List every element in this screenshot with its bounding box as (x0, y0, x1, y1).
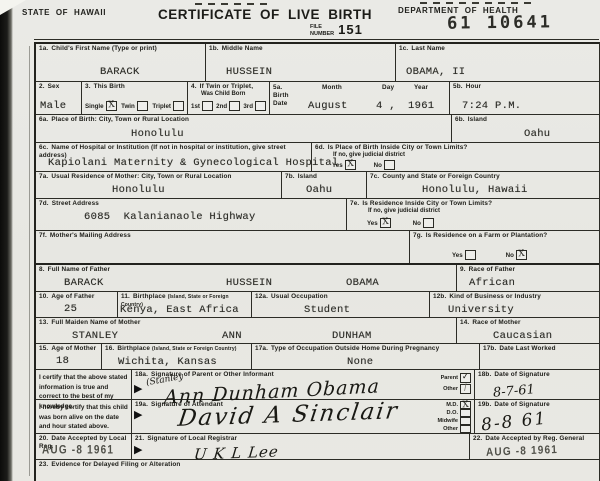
field-value: 25 (64, 303, 77, 315)
field-value: Caucasian (493, 330, 552, 342)
field-label: Date (273, 100, 287, 107)
year-value: 1961 (408, 100, 434, 112)
field-attendant-signature: 19a.Signature of Attendant ▶ David A Sin… (132, 400, 475, 433)
field-local-accept-date: 20.Date Accepted by Local Reg. AUG -8 19… (36, 434, 132, 459)
field-mother-name: 13.Full Maiden Name of Mother STANLEY AN… (36, 318, 457, 343)
field-attendant-signature-date: 19b.Date of Signature 8-8 61 (475, 400, 599, 433)
option-no: No (374, 160, 395, 170)
field-father-name: 8.Full Name of Father BARACK HUSSEIN OBA… (36, 265, 457, 291)
field-mother-residence: 7a.Usual Residence of Mother: City, Town… (36, 172, 282, 198)
option-midwife: Midwife (437, 417, 471, 425)
field-number: 7a. (39, 173, 48, 180)
checkbox-triplet (173, 101, 184, 111)
year-label: Year (414, 84, 428, 92)
field-label: Kind of Business or Industry (449, 293, 541, 300)
field-label: Hour (466, 83, 482, 90)
checkbox-label: Yes (332, 162, 343, 169)
field-label: Is Residence Inside City or Town Limits? (362, 200, 492, 207)
checkbox-mark (138, 100, 147, 101)
field-value: OBAMA, II (406, 66, 465, 78)
option-1st: 1st (191, 101, 213, 111)
field-label: Age of Father (51, 293, 94, 300)
field-value: African (469, 277, 515, 289)
field-value: HUSSEIN (226, 66, 272, 78)
checkbox-label: Twin (121, 103, 135, 110)
field-this-birth: 3.This Birth SingleX Twin Triplet (82, 82, 188, 114)
field-label: If Twin or Triplet, (200, 83, 254, 90)
certification-statement: I hereby certify that this child was bor… (39, 401, 129, 432)
checkbox-label: D.O. (447, 410, 459, 416)
field-label: Street Address (52, 200, 99, 207)
option-single: SingleX (85, 101, 117, 111)
month-value: August (308, 100, 348, 112)
field-number: 18a. (135, 371, 148, 378)
checkbox-yes: X (380, 218, 391, 228)
checkbox-label: Other (443, 426, 458, 432)
field-mailing-address: 7f.Mother's Mailing Address (36, 231, 410, 263)
checkbox-label: M.D. (446, 402, 458, 408)
field-number: 14. (460, 319, 469, 326)
checkbox-other: / (460, 384, 471, 394)
checkbox-mark: X (106, 100, 116, 111)
signature-arrow-icon: ▶ (134, 384, 142, 395)
field-number: 7d. (39, 200, 49, 207)
field-value: Kenya, East Africa (120, 304, 239, 316)
checkbox-label: Yes (367, 220, 378, 227)
checkbox-label: No (413, 220, 421, 227)
field-number: 7b. (285, 173, 295, 180)
field-value: Oahu (524, 128, 550, 140)
checkbox-label: No (374, 162, 382, 169)
row-birth-details: 2.Sex Male 3.This Birth SingleX Twin Tri… (36, 82, 599, 115)
option-other: Other/ (443, 384, 471, 394)
checkbox-mark (466, 249, 475, 250)
row-hospital: 6c.Name of Hospital or Institution (If n… (36, 143, 599, 172)
mother-first-name: STANLEY (72, 330, 118, 342)
checkbox-label: Yes (452, 252, 463, 259)
field-general-accept-date: 22.Date Accepted by Reg. General AUG -8 … (470, 434, 599, 459)
option-triplet: Triplet (152, 101, 184, 111)
checkbox-label: No (506, 252, 514, 259)
checkbox-no (423, 218, 434, 228)
field-label: Date of Signature (494, 401, 549, 408)
row-place-of-birth: 6a.Place of Birth: City, Town or Rural L… (36, 115, 599, 143)
field-label-line2: Was Child Born (191, 91, 267, 99)
field-number: 1b. (209, 45, 219, 52)
field-value: Honolulu (112, 184, 165, 196)
checkbox-other (460, 425, 471, 433)
checkbox-mark: X (345, 159, 355, 170)
row-mother-details: 15.Age of Mother 18 16.Birthplace (Islan… (36, 344, 599, 370)
field-father-race: 9.Race of Father African (457, 265, 599, 291)
mother-middle-name: ANN (222, 330, 242, 342)
checkbox-mark: X (516, 249, 526, 260)
field-number: 9. (460, 266, 466, 273)
checkbox-yes: X (345, 160, 356, 170)
option-no: No (413, 218, 434, 228)
checkbox-do (460, 409, 471, 417)
date-stamp: AUG -8 1961 (486, 444, 558, 460)
field-label: County and State or Foreign Country (382, 173, 499, 180)
checkbox-3rd (255, 101, 266, 111)
field-label: Island (298, 173, 317, 180)
field-value: Student (304, 304, 350, 316)
file-number-value: 151 (338, 22, 363, 37)
date-handwritten: 8-8 61 (480, 409, 548, 436)
checkbox-label: Triplet (152, 103, 171, 110)
field-value: Male (40, 100, 66, 112)
field-number: 17a. (255, 345, 268, 352)
field-label: Type of Occupation Outside Home During P… (271, 345, 439, 352)
field-father-occupation: 12a.Usual Occupation Student (252, 292, 430, 317)
row-street-address: 7d.Street Address 6085 Kalanianaole High… (36, 199, 599, 231)
checkbox-label: Single (85, 103, 104, 110)
field-number: 10. (39, 293, 48, 300)
option-2nd: 2nd (216, 101, 240, 111)
field-number: 5a. (273, 84, 282, 91)
field-label: Age of Mother (51, 345, 96, 352)
row-attendant-signature: I hereby certify that this child was bor… (36, 400, 599, 434)
checkbox-mark: ✓ (461, 372, 471, 383)
row-mother-name: 13.Full Maiden Name of Mother STANLEY AN… (36, 318, 599, 344)
field-number: 21. (135, 435, 144, 442)
field-number: 4. (191, 83, 197, 90)
checkbox-mark (203, 100, 212, 101)
option-no: NoX (506, 250, 527, 260)
field-number: 7f. (39, 232, 47, 239)
field-label: Full Maiden Name of Mother (51, 319, 140, 326)
field-value: None (347, 356, 373, 368)
field-value: University (448, 304, 514, 316)
checkbox-label: Parent (441, 375, 458, 381)
checkbox-label: 3rd (243, 103, 253, 110)
option-parent: Parent✓ (441, 373, 471, 383)
checkbox-mark (256, 100, 265, 101)
checkbox-mark: / (461, 383, 471, 394)
checkbox-label: 1st (191, 103, 200, 110)
field-number: 16. (105, 345, 114, 352)
page-crease (29, 46, 30, 476)
checkbox-no: X (516, 250, 527, 260)
certificate-number-stamp: 61 10641 (447, 12, 553, 33)
field-label: Evidence for Delayed Filing or Alteratio… (51, 461, 180, 468)
field-number: 13. (39, 319, 48, 326)
informant-certification: I certify that the above stated informat… (36, 370, 132, 399)
field-informant-signature-date: 18b.Date of Signature 8-7-61 (475, 370, 599, 399)
field-value: 6085 Kalanianaole Highway (84, 211, 256, 223)
field-label: Usual Residence of Mother: City, Town or… (51, 173, 231, 180)
field-local-registrar-signature: 21.Signature of Local Registrar ▶ U K L … (132, 434, 470, 459)
row-delayed-filing: 23.Evidence for Delayed Filing or Altera… (36, 460, 599, 481)
field-number: 6d. (315, 144, 325, 151)
field-value: BARACK (100, 66, 140, 78)
field-number: 5b. (453, 83, 463, 90)
field-value: 7:24 P.M. (462, 100, 521, 112)
option-twin: Twin (121, 101, 148, 111)
field-sex: 2.Sex Male (36, 82, 82, 114)
field-last-name: 1c.Last Name OBAMA, II (396, 44, 599, 81)
page-edge (0, 0, 13, 481)
field-residence-inside-limits: 7e.Is Residence Inside City or Town Limi… (347, 199, 599, 230)
row-father-name: 8.Full Name of Father BARACK HUSSEIN OBA… (36, 265, 599, 292)
field-label: Usual Occupation (271, 293, 328, 300)
scan-artifact (420, 2, 535, 4)
birth-certificate-form: 1a.Child's First Name (Type or print) BA… (34, 42, 600, 481)
signature-arrow-icon: ▶ (134, 410, 142, 421)
checkbox-yes (465, 250, 476, 260)
field-label: Is Residence on a Farm or Plantation? (426, 232, 548, 239)
attendant-certification: I hereby certify that this child was bor… (36, 400, 132, 433)
field-label: Birthplace (117, 345, 150, 352)
field-label: Birthplace (133, 293, 166, 300)
checkbox-midwife (460, 417, 471, 425)
field-number: 22. (473, 435, 482, 442)
field-value: Honolulu (131, 128, 184, 140)
field-number: 7c. (370, 173, 379, 180)
checkbox-label: 2nd (216, 103, 227, 110)
row-informant-signature: I certify that the above stated informat… (36, 370, 599, 400)
field-number: 12a. (255, 293, 268, 300)
checkbox-mark (230, 100, 239, 101)
field-number: 3. (85, 83, 91, 90)
state-heading: STATE OF HAWAII (22, 8, 106, 17)
field-sublabel: If no, give judicial district (350, 208, 597, 216)
father-middle-name: HUSSEIN (226, 277, 272, 289)
row-mailing-address: 7f.Mother's Mailing Address 7g.Is Reside… (36, 231, 599, 265)
mother-maiden-name: DUNHAM (332, 330, 372, 342)
signature-arrow-icon: ▶ (134, 445, 142, 456)
checkbox-single: X (106, 101, 117, 111)
day-label: Day (382, 84, 394, 92)
checkbox-2nd (229, 101, 240, 111)
option-yes: YesX (367, 218, 391, 228)
field-number: 23. (39, 461, 48, 468)
field-number: 7g. (413, 232, 423, 239)
file-number-label: FILE NUMBER (310, 24, 334, 37)
field-label: Date of Signature (494, 371, 549, 378)
field-value: 18 (56, 355, 69, 367)
field-number: 11. (121, 293, 130, 300)
field-mother-age: 15.Age of Mother 18 (36, 344, 102, 369)
field-value: Honolulu, Hawaii (422, 184, 528, 196)
field-label: Date Accepted by Reg. General (485, 435, 584, 442)
field-number: 19b. (478, 401, 491, 408)
field-number: 6b. (455, 116, 465, 123)
field-label: Race of Father (469, 266, 516, 273)
option-3rd: 3rd (243, 101, 266, 111)
scanned-birth-certificate: STATE OF HAWAII CERTIFICATE OF LIVE BIRT… (0, 0, 600, 481)
field-label: Island (468, 116, 487, 123)
field-label: Date Last Worked (499, 345, 555, 352)
date-stamp: AUG -8 1961 (42, 444, 114, 457)
field-number: 15. (39, 345, 48, 352)
page-curl (0, 0, 26, 15)
field-label: This Birth (94, 83, 125, 90)
field-sublabel: If no, give judicial district (315, 152, 597, 160)
checkbox-mark (424, 217, 433, 218)
field-county-state: 7c.County and State or Foreign Country H… (367, 172, 599, 198)
field-hospital: 6c.Name of Hospital or Institution (If n… (36, 143, 312, 171)
field-number: 6a. (39, 116, 48, 123)
checkbox-label: Midwife (437, 418, 458, 424)
field-number: 18b. (478, 371, 491, 378)
field-middle-name: 1b.Middle Name HUSSEIN (206, 44, 396, 81)
option-md: M.D.X (446, 401, 471, 409)
field-father-birthplace: 11.Birthplace (Island, State or Foreign … (118, 292, 252, 317)
option-yes: YesX (332, 160, 356, 170)
field-mother-occupation: 17a.Type of Occupation Outside Home Duri… (252, 344, 480, 369)
field-number: 20. (39, 435, 48, 442)
field-label: Is Place of Birth Inside City or Town Li… (328, 144, 468, 151)
field-birth-inside-limits: 6d.Is Place of Birth Inside City or Town… (312, 143, 599, 171)
field-label: Sex (48, 83, 60, 90)
field-hour: 5b.Hour 7:24 P.M. (450, 82, 599, 114)
field-father-age: 10.Age of Father 25 (36, 292, 118, 317)
field-street-address: 7d.Street Address 6085 Kalanianaole High… (36, 199, 347, 230)
row-child-name: 1a.Child's First Name (Type or print) BA… (36, 44, 599, 82)
field-label: Signature of Local Registrar (147, 435, 237, 442)
field-label: Last Name (411, 45, 445, 52)
row-father-details: 10.Age of Father 25 11.Birthplace (Islan… (36, 292, 599, 318)
field-informant-signature: 18a.Signature of Parent or Other Informa… (132, 370, 475, 399)
field-value: Wichita, Kansas (118, 356, 217, 368)
field-mother-birthplace: 16.Birthplace (Island, State or Foreign … (102, 344, 252, 369)
field-delayed-filing: 23.Evidence for Delayed Filing or Altera… (36, 460, 599, 481)
field-father-industry: 12b.Kind of Business or Industry Univers… (430, 292, 599, 317)
checkbox-no (384, 160, 395, 170)
field-label: Mother's Mailing Address (50, 232, 131, 239)
field-place-of-birth: 6a.Place of Birth: City, Town or Rural L… (36, 115, 452, 142)
field-number: 7e. (350, 200, 359, 207)
checkbox-mark: X (380, 217, 390, 228)
field-number: 1c. (399, 45, 408, 52)
checkbox-twin (137, 101, 148, 111)
row-registrar: 20.Date Accepted by Local Reg. AUG -8 19… (36, 434, 599, 460)
certificate-title: CERTIFICATE OF LIVE BIRTH (140, 7, 390, 22)
field-label-paren: (Island, State or Foreign Country) (152, 346, 237, 352)
row-mother-residence: 7a.Usual Residence of Mother: City, Town… (36, 172, 599, 199)
file-label-line2: NUMBER (310, 31, 334, 37)
field-island-6b: 6b.Island Oahu (452, 115, 599, 142)
option-yes: Yes (452, 250, 476, 260)
month-label: Month (322, 84, 342, 92)
field-number: 2. (39, 83, 45, 90)
option-other: Other (443, 425, 471, 433)
field-number: 6c. (39, 144, 48, 151)
field-island-7b: 7b.Island Oahu (282, 172, 367, 198)
checkbox-1st (202, 101, 213, 111)
field-label: Child's First Name (Type or print) (51, 45, 157, 52)
field-label: Place of Birth: City, Town or Rural Loca… (51, 116, 189, 123)
field-value: Kapiolani Maternity & Gynecological Hosp… (48, 157, 338, 169)
date-handwritten: 8-7-61 (492, 382, 535, 401)
field-date-last-worked: 17b.Date Last Worked (480, 344, 599, 369)
field-number: 1a. (39, 45, 48, 52)
file-number-block: FILE NUMBER 151 (310, 22, 363, 37)
field-number: 8. (39, 266, 45, 273)
option-do: D.O. (447, 409, 472, 417)
field-mother-race: 14.Race of Mother Caucasian (457, 318, 599, 343)
checkbox-md: X (460, 401, 471, 409)
field-label: Full Name of Father (48, 266, 111, 273)
field-number: 17b. (483, 345, 496, 352)
field-label: Race of Mother (472, 319, 520, 326)
field-number: 12b. (433, 293, 446, 300)
father-last-name: OBAMA (346, 277, 379, 289)
scan-artifact (195, 3, 270, 5)
field-birth-date: 5a. Birth Date Month Day Year August 4 ,… (270, 82, 450, 114)
field-number: 19a. (135, 401, 148, 408)
field-child-first-name: 1a.Child's First Name (Type or print) BA… (36, 44, 206, 81)
field-label: Middle Name (222, 45, 263, 52)
field-label: Birth (273, 92, 289, 99)
father-first-name: BARACK (64, 277, 104, 289)
field-farm-plantation: 7g.Is Residence on a Farm or Plantation?… (410, 231, 599, 263)
checkbox-label: Other (443, 386, 458, 392)
checkbox-mark (174, 100, 183, 101)
field-twin-triplet-order: 4.If Twin or Triplet, Was Child Born 1st… (188, 82, 270, 114)
field-value: Oahu (306, 184, 332, 196)
day-value: 4 , (376, 100, 396, 112)
